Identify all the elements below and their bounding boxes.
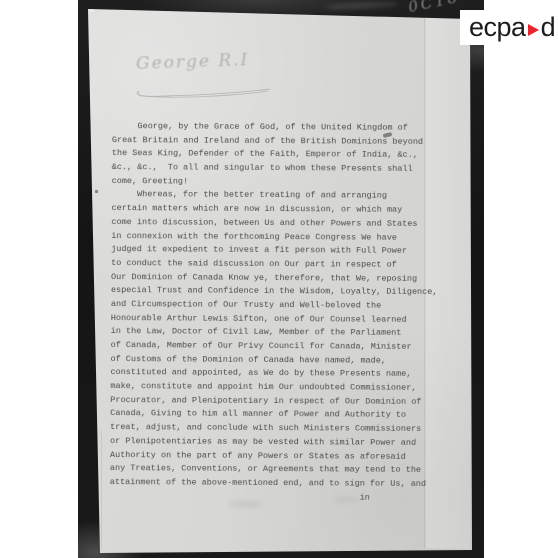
paper-smudge xyxy=(228,500,262,508)
paper-corner-glint xyxy=(89,9,94,12)
logo-text-left: ecpa xyxy=(469,14,526,41)
typed-line: to conduct the said discussion on Our pa… xyxy=(111,257,456,273)
logo-arrow-icon xyxy=(528,24,539,36)
logo-text-right: d xyxy=(541,14,556,41)
ecpad-logo: ecpa d xyxy=(460,10,558,45)
page: George R.I George, by the Grace of God, … xyxy=(0,0,558,558)
royal-signature: George R.I xyxy=(136,50,250,74)
typed-line: come into discussion, between Us and oth… xyxy=(111,216,456,232)
border-smudge xyxy=(326,0,398,11)
archival-photo: George R.I George, by the Grace of God, … xyxy=(78,0,484,558)
typed-text: George, by the Grace of God, of the Unit… xyxy=(110,120,457,505)
document-paper: George R.I George, by the Grace of God, … xyxy=(78,0,484,558)
paper-left-crease xyxy=(101,430,102,550)
paper-speck xyxy=(95,190,98,193)
paper-smudge xyxy=(333,496,359,503)
signature-flourish-icon xyxy=(134,84,274,100)
typed-line: in xyxy=(110,490,455,506)
typed-line: or Plenipotentiaries as may be vested wi… xyxy=(110,435,455,451)
typed-line: attainment of the above-mentioned end, a… xyxy=(110,476,455,492)
inventory-mark: 0C18 xyxy=(407,0,462,16)
